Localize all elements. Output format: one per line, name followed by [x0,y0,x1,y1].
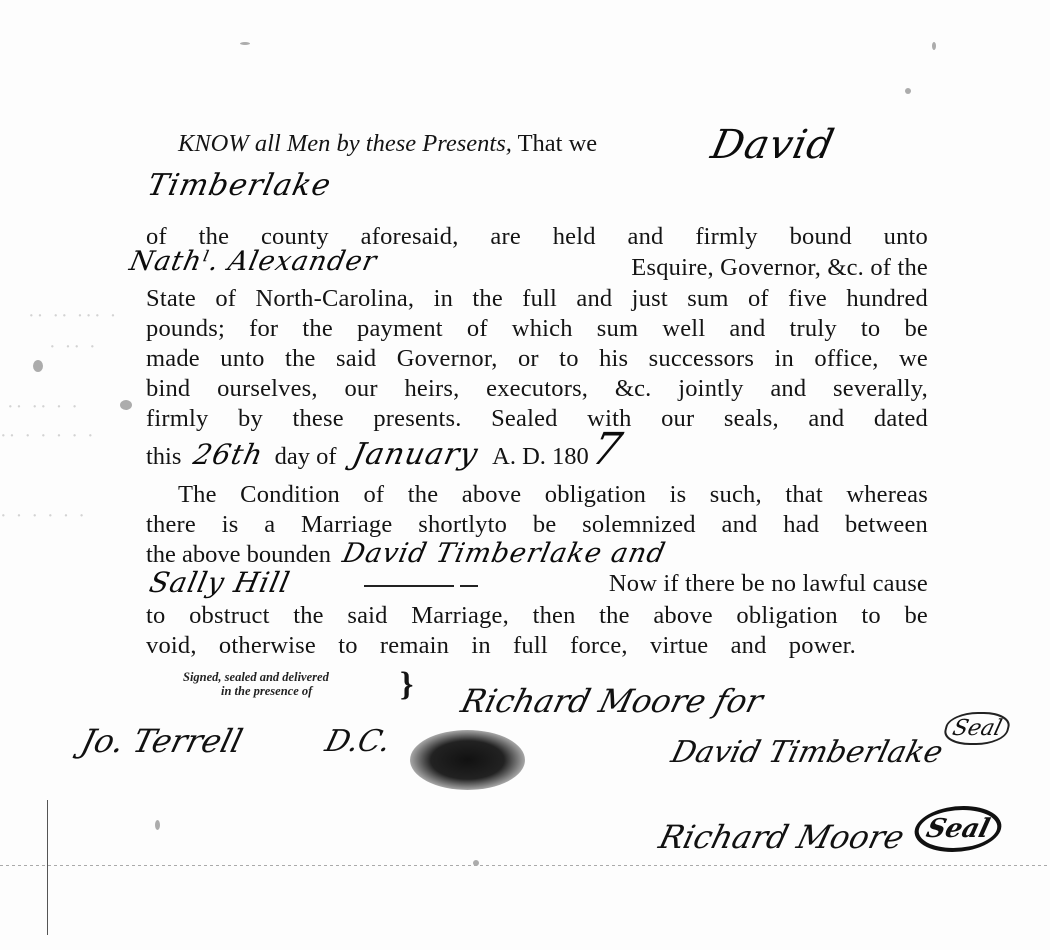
signature-principal: David Timberlake [668,735,947,770]
bleed-through-text: ·· ·· ··· · [0,305,118,328]
condition-line-4: Now if there be no lawful cause [512,569,928,599]
condition-line-5: to obstruct the said Marriage, then the … [146,601,928,631]
body-line-6: bind ourselves, our heirs, executors, &c… [146,374,928,404]
bleed-through-text: ·· ·· · · [0,396,80,419]
body-line-2: Esquire, Governor, &c. of the [536,253,928,283]
hand-name-timberlake: Timberlake [144,168,334,203]
margin-rule [47,800,48,935]
date-ad: A. D. 180 [492,443,589,470]
scanned-document: ·· ·· ··· · · ·· · ·· ·· · · ·· · · · · … [0,0,1050,950]
bleed-through-text: · ·· · [0,336,98,359]
wax-seal-blot [410,730,525,790]
condition-line-2: there is a Marriage shortlyto be solemni… [146,510,928,540]
hand-bride-name: Sally Hill [146,566,293,599]
bleed-through-text: · · · · · · [0,505,87,528]
hand-groom-name: David Timberlake and [340,538,669,569]
seal-mark-principal: Seal [941,712,1013,745]
caption-line-1: Signed, sealed and delivered [183,670,329,684]
bleed-through-text: ·· · · · · · [0,425,96,448]
speck [155,820,160,830]
speck [240,42,250,45]
speck [932,42,936,50]
date-day-of: day of [275,443,337,470]
speck [33,360,43,372]
caption-brace: } [400,668,413,702]
signature-witness: Jo. Terrell [77,722,246,760]
speck [120,400,132,410]
condition-line-1: The Condition of the above obligation is… [178,480,928,510]
condition-line-3: the above bounden David Timberlake and [146,538,666,569]
signature-richard-moore-for: Richard Moore for [457,682,766,720]
signature-witness-suffix: D.C. [322,724,395,759]
body-line-5: made unto the said Governor, or to his s… [146,344,928,374]
opening-printed-italic: KNOW all Men by these Presents, [178,130,512,157]
opening-printed: That we [518,130,598,157]
hand-governor-name: Nathˡ. Alexander [127,246,380,277]
hand-month: January [349,437,481,472]
fold-line [0,865,1050,866]
hand-day: 26th [190,438,266,471]
condition-line-6: void, otherwise to remain in full force,… [146,631,856,661]
speck [905,88,911,94]
blank-dash [460,585,478,587]
blank-dash [364,585,454,587]
hand-name-david: David [707,122,839,168]
signature-surety: Richard Moore [655,818,908,856]
body-line-4: pounds; for the payment of which sum wel… [146,314,928,344]
body-line-3: State of North-Carolina, in the full and… [146,284,928,314]
date-line: this 26th day of January A. D. 1807 [146,424,622,475]
opening-line: KNOW all Men by these Presents, That we [178,130,597,158]
seal-mark-surety: Seal [909,806,1007,852]
caption-line-2: in the presence of [183,684,329,698]
signature-caption: Signed, sealed and delivered in the pres… [183,670,329,698]
date-this: this [146,443,181,470]
condition-bounden: the above bounden [146,541,331,568]
hand-year-digit: 7 [587,424,627,475]
